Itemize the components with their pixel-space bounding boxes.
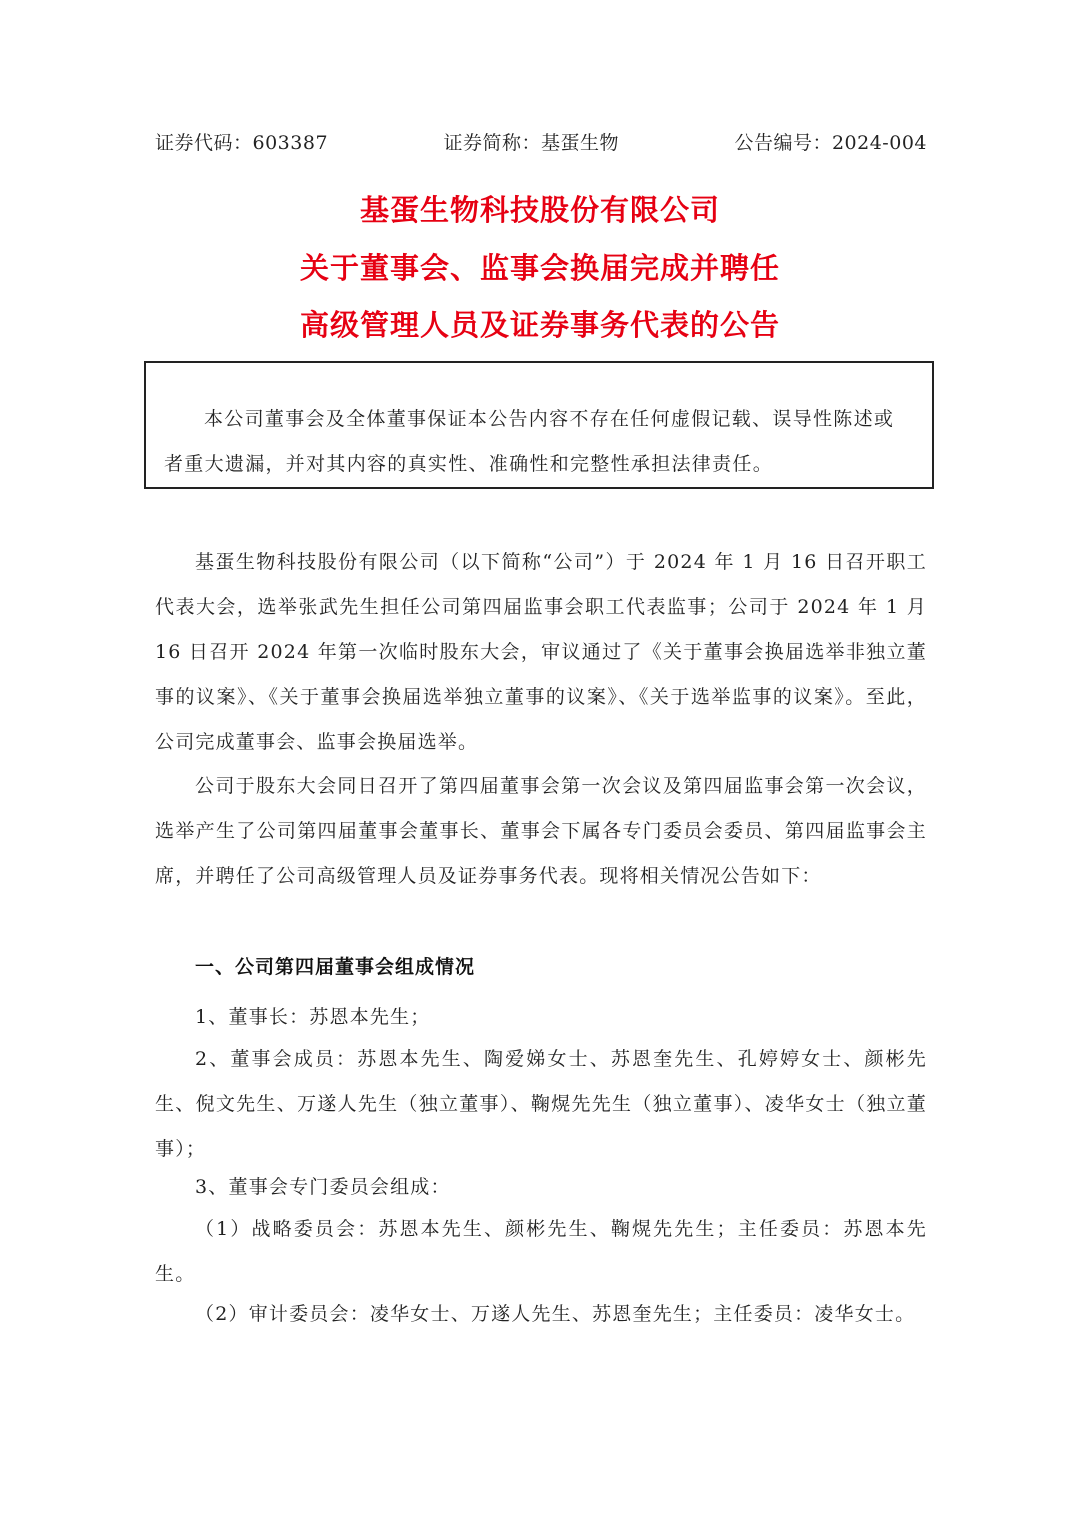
section-heading-board-composition: 一、公司第四届董事会组成情况	[195, 952, 475, 979]
stock-code: 证券代码：603387	[155, 128, 328, 155]
list-item-committees: 3、董事会专门委员会组成：	[155, 1165, 927, 1210]
document-header: 证券代码：603387 证券简称：基蛋生物 公告编号：2024-004	[155, 128, 927, 155]
list-item-chairman: 1、董事长：苏恩本先生；	[155, 995, 927, 1040]
disclaimer-text: 本公司董事会及全体董事保证本公告内容不存在任何虚假记载、误导性陈述或者重大遗漏，…	[164, 397, 914, 487]
disclaimer-box: 本公司董事会及全体董事保证本公告内容不存在任何虚假记载、误导性陈述或者重大遗漏，…	[144, 361, 934, 489]
list-item-audit-committee: （2）审计委员会：凌华女士、万遂人先生、苏恩奎先生；主任委员：凌华女士。	[155, 1292, 927, 1337]
list-item-board-members: 2、董事会成员：苏恩本先生、陶爱娣女士、苏恩奎先生、孔婷婷女士、颜彬先生、倪文先…	[155, 1037, 927, 1172]
announcement-page: 证券代码：603387 证券简称：基蛋生物 公告编号：2024-004 基蛋生物…	[0, 0, 1080, 1527]
title-company: 基蛋生物科技股份有限公司	[0, 188, 1080, 229]
title-line-2: 关于董事会、监事会换届完成并聘任	[0, 246, 1080, 287]
stock-abbreviation: 证券简称：基蛋生物	[443, 128, 619, 155]
announcement-number: 公告编号：2024-004	[734, 128, 927, 155]
list-item-strategy-committee: （1）战略委员会：苏恩本先生、颜彬先生、鞠熀先先生；主任委员：苏恩本先生。	[155, 1207, 927, 1297]
body-paragraph-1: 基蛋生物科技股份有限公司（以下简称“公司”）于 2024 年 1 月 16 日召…	[155, 540, 927, 765]
body-paragraph-2: 公司于股东大会同日召开了第四届董事会第一次会议及第四届监事会第一次会议，选举产生…	[155, 764, 927, 899]
title-line-3: 高级管理人员及证券事务代表的公告	[0, 303, 1080, 344]
